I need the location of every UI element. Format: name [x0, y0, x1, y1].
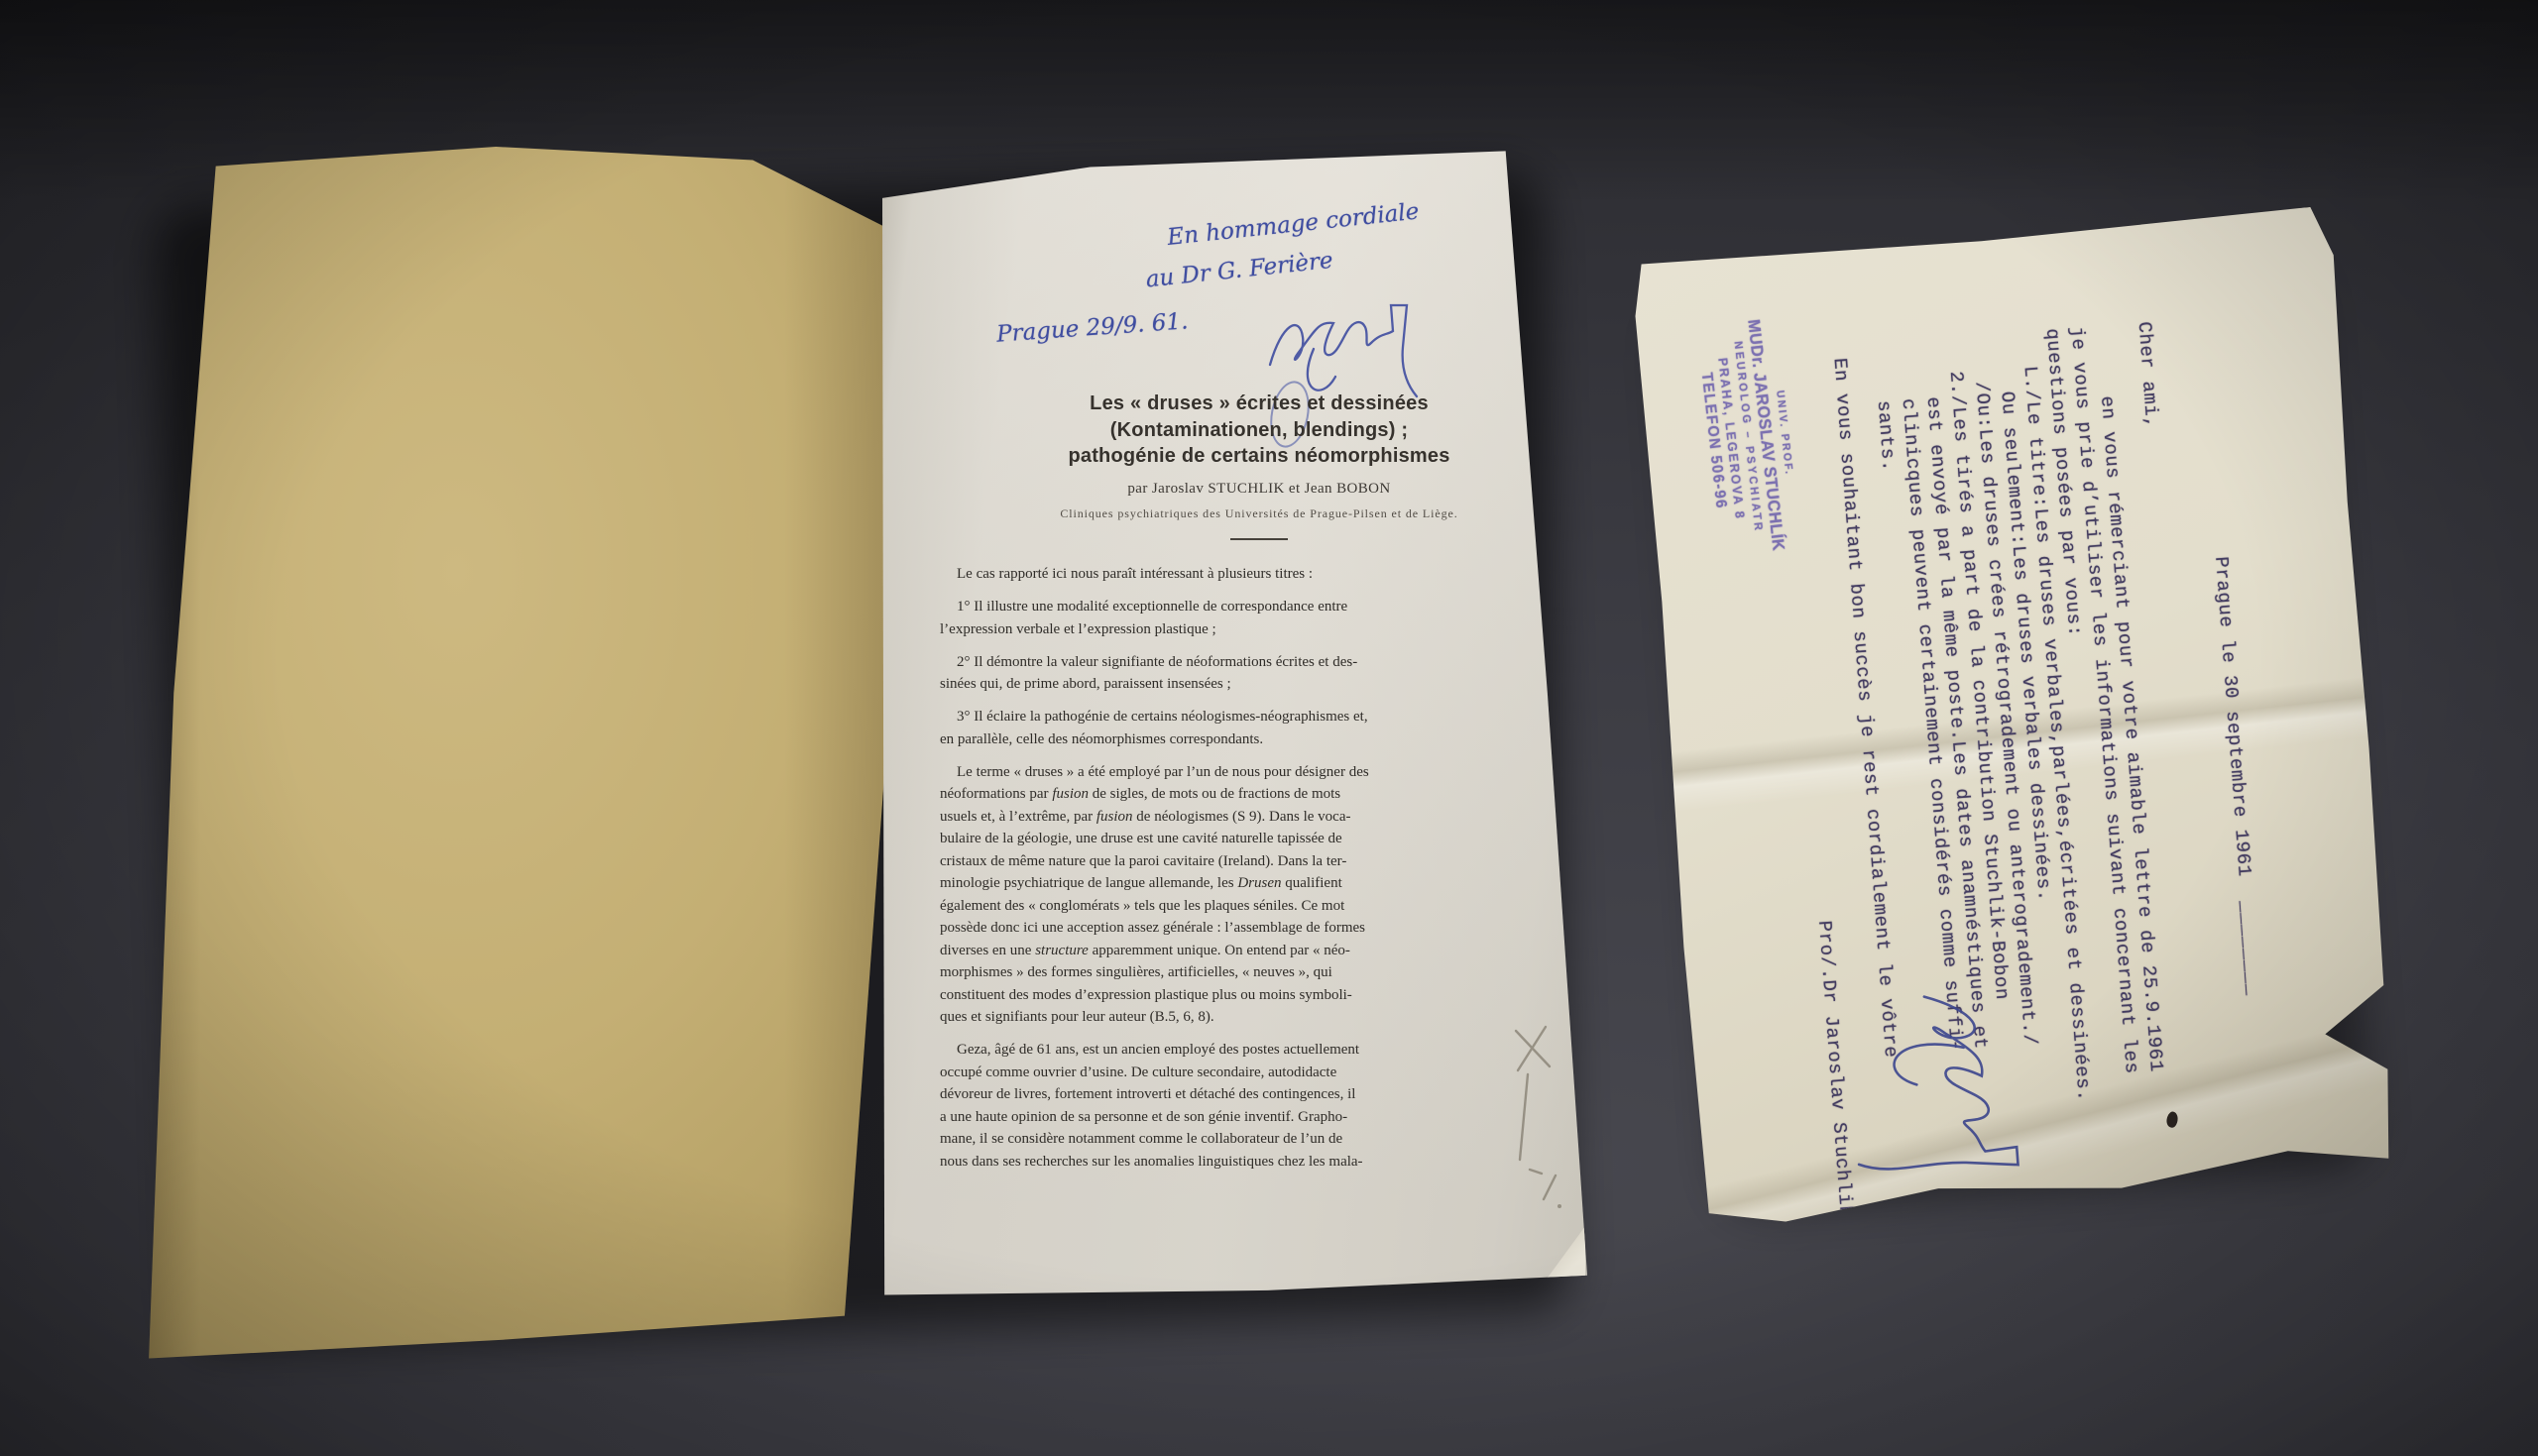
- paragraph: 2° Il démontre la valeur signifiante de …: [940, 651, 1404, 696]
- article-title-line: Les « druses » écrites et dessinées: [962, 391, 1557, 417]
- letter-date: Prague le 30 septembre 1961 ________: [2210, 556, 2263, 996]
- letter-handwritten-signature: [1830, 974, 2034, 1205]
- authors-byline: par Jaroslav STUCHLIK et Jean BOBON: [962, 481, 1557, 498]
- text-line: dévoreur de livres, fortement introverti…: [940, 1083, 1404, 1106]
- letter-content: Prague le 30 septembre 1961 ________ Che…: [1630, 205, 2403, 1243]
- booklet-title-page: En hommage cordiale au Dr G. Ferière Pra…: [877, 149, 1587, 1298]
- affiliation-line: Cliniques psychiatriques des Universités…: [962, 506, 1557, 521]
- text-line: Geza, âgé de 61 ans, est un ancien emplo…: [940, 1039, 1404, 1062]
- title-block: Les « druses » écrites et dessinées (Kon…: [962, 391, 1557, 540]
- paragraph: 1° Il illustre une modalité exceptionnel…: [940, 596, 1404, 640]
- paragraph: Geza, âgé de 61 ans, est un ancien emplo…: [940, 1039, 1404, 1173]
- text-line: cristaux de même nature que la paroi cav…: [940, 850, 1404, 873]
- article-title-line: (Kontaminationen, blendings) ;: [962, 417, 1557, 444]
- text-line: usuels et, à l’extrême, par fusion de né…: [940, 806, 1404, 829]
- paragraph: 3° Il éclaire la pathogénie de certains …: [940, 706, 1404, 750]
- text-line: 3° Il éclaire la pathogénie de certains …: [940, 706, 1404, 728]
- doctor-address-stamp: UNIV. PROF.MUDr. JAROSLAV STUCHLÍKNEUROL…: [1686, 280, 1807, 594]
- text-line: Le cas rapporté ici nous paraît intéress…: [940, 563, 1404, 586]
- title-divider-rule: [1230, 538, 1288, 540]
- paragraph: Le cas rapporté ici nous paraît intéress…: [940, 563, 1404, 586]
- text-line: 2° Il démontre la valeur signifiante de …: [940, 651, 1404, 674]
- typewritten-letter: Prague le 30 septembre 1961 ________ Che…: [1630, 205, 2403, 1243]
- text-line: diverses en une structure apparemment un…: [940, 940, 1404, 962]
- photograph-of-documents: En hommage cordiale au Dr G. Ferière Pra…: [0, 0, 2538, 1456]
- text-line: également des « conglomérats » tels que …: [940, 895, 1404, 918]
- text-line: néoformations par fusion de sigles, de m…: [940, 783, 1404, 806]
- text-line: l’expression verbale et l’expression pla…: [940, 618, 1404, 641]
- handwritten-dedication: En hommage cordiale au Dr G. Ferière: [1140, 192, 1426, 300]
- paragraph: Le terme « druses » a été employé par l’…: [940, 761, 1404, 1029]
- booklet-blank-cover-page: [146, 147, 924, 1361]
- handwritten-place-date: Prague 29/9. 61.: [995, 308, 1189, 347]
- ink-blot: [2165, 1110, 2180, 1128]
- text-line: occupé comme ouvrier d’usine. De culture…: [940, 1062, 1404, 1084]
- article-body-text: Le cas rapporté ici nous paraît intéress…: [940, 563, 1404, 1173]
- text-line: nous dans ses recherches sur les anomali…: [940, 1151, 1404, 1174]
- article-title-line: pathogénie de certains néomorphismes: [962, 443, 1557, 470]
- text-line: ques et signifiants pour leur auteur (B.…: [940, 1006, 1404, 1029]
- letter-salutation: Cher ami,: [2134, 321, 2163, 429]
- text-line: 1° Il illustre une modalité exceptionnel…: [940, 596, 1404, 618]
- text-line: bulaire de la géologie, une druse est un…: [940, 828, 1404, 850]
- text-line: minologie psychiatrique de langue allema…: [940, 872, 1404, 895]
- text-line: en parallèle, celle des néomorphismes co…: [940, 728, 1404, 751]
- text-line: possède donc ici une acception assez gén…: [940, 917, 1404, 940]
- text-line: Le terme « druses » a été employé par l’…: [940, 761, 1404, 784]
- pencil-margin-marks: [1490, 1011, 1599, 1224]
- text-line: sinées qui, de prime abord, paraissent i…: [940, 673, 1404, 696]
- text-line: morphismes » des formes singulières, art…: [940, 961, 1404, 984]
- text-line: constituent des modes d’expression plast…: [940, 984, 1404, 1007]
- text-line: a une haute opinion de sa personne et de…: [940, 1106, 1404, 1129]
- text-line: mane, il se considère notamment comme le…: [940, 1128, 1404, 1151]
